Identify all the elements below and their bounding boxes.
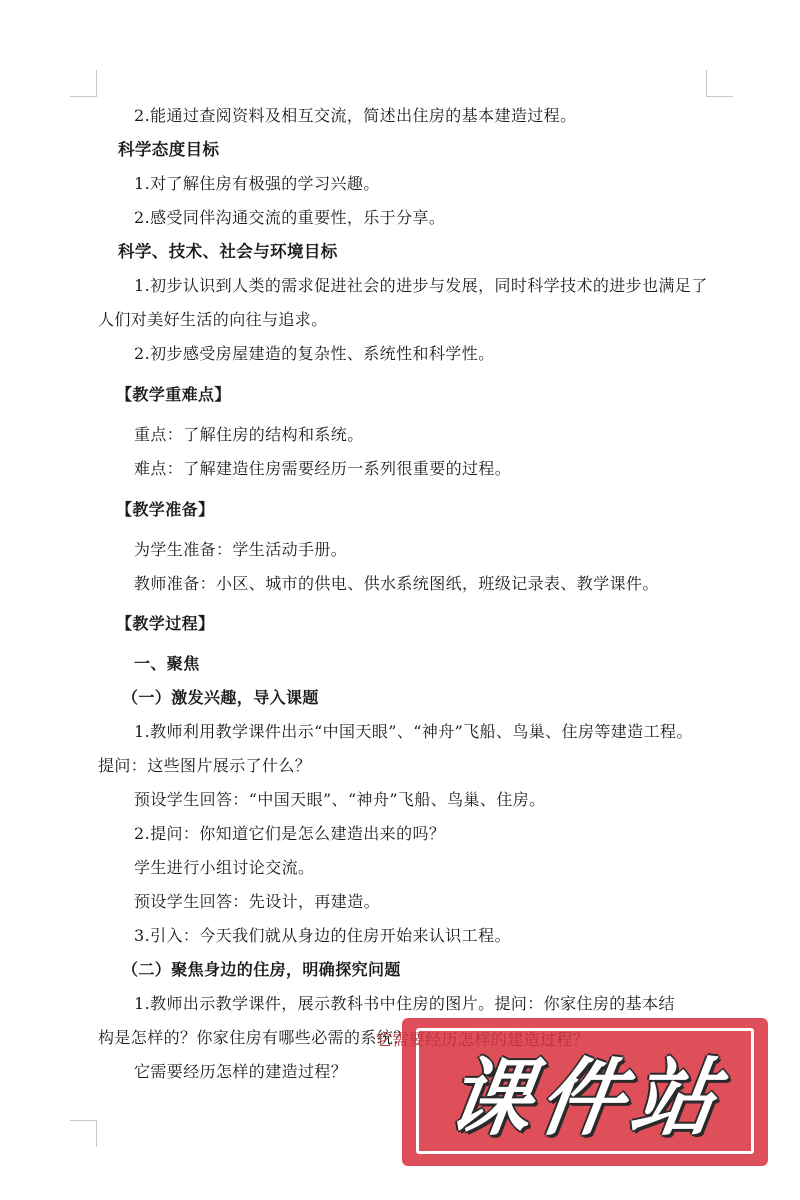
paragraph-stse-1: 1.初步认识到人类的需求促进社会的进步与发展，同时科学技术的进步也满足了人们对美…	[98, 269, 708, 337]
paragraph-prep-teacher: 教师准备：小区、城市的供电、供水系统图纸，班级记录表、教学课件。	[98, 574, 744, 594]
paragraph-sub1-2: 2.提问：你知道它们是怎么建造出来的吗？	[98, 824, 744, 844]
paragraph-attitude-1: 1.对了解住房有极强的学习兴趣。	[98, 174, 708, 194]
section-key-difficult-points: 【教学重难点】	[98, 385, 708, 405]
watermark-text: 课件站	[416, 1036, 757, 1146]
watermark-stamp: 它需要经历怎样的建造过程？ 课件站	[402, 1018, 768, 1166]
page-corner-mark-bottom-left	[70, 1120, 97, 1147]
paragraph-key-point: 重点：了解住房的结构和系统。	[98, 425, 708, 445]
paragraph-sub1-1: 1.教师利用教学课件出示“中国天眼”、“神舟”飞船、鸟巢、住房等建造工程。提问：…	[98, 715, 708, 783]
section-teaching-process: 【教学过程】	[98, 614, 726, 634]
paragraph-sub1-discuss: 学生进行小组讨论交流。	[98, 858, 744, 878]
paragraph-prep-student: 为学生准备：学生活动手册。	[98, 540, 744, 560]
paragraph-sub1-answer2: 预设学生回答：先设计，再建造。	[98, 892, 744, 912]
paragraph-sub1-3: 3.引入：今天我们就从身边的住房开始来认识工程。	[98, 926, 744, 946]
paragraph-sub1-answer1: 预设学生回答：“中国天眼”、“神舟”飞船、鸟巢、住房。	[98, 790, 744, 810]
paragraph-sub2-1-line1: 1.教师出示教学课件，展示教科书中住房的图片。提问：你家住房的基本结	[98, 994, 708, 1014]
subheading-stimulate-interest: （一）激发兴趣，导入课题	[98, 688, 732, 708]
subheading-focus-housing: （二）聚焦身边的住房，明确探究问题	[98, 960, 732, 980]
paragraph-difficulty: 难点：了解建造住房需要经历一系列很重要的过程。	[98, 459, 708, 479]
page-corner-mark-top-right	[706, 70, 733, 97]
paragraph-stse-2: 2.初步感受房屋建造的复杂性、系统性和科学性。	[98, 344, 708, 364]
heading-science-attitude: 科学态度目标	[98, 140, 708, 160]
section-teaching-prep: 【教学准备】	[98, 500, 726, 520]
paragraph-sub2-1-line2: 构是怎样的？你家住房有哪些必需的系统？	[98, 1028, 410, 1048]
paragraph-attitude-2: 2.感受同伴沟通交流的重要性，乐于分享。	[98, 208, 708, 228]
heading-stse-goals: 科学、技术、社会与环境目标	[98, 242, 708, 262]
page-corner-mark-top-left	[70, 70, 97, 97]
paragraph-goal-2: 2.能通过查阅资料及相互交流，简述出住房的基本建造过程。	[98, 106, 708, 126]
heading-focus: 一、聚焦	[98, 654, 744, 674]
